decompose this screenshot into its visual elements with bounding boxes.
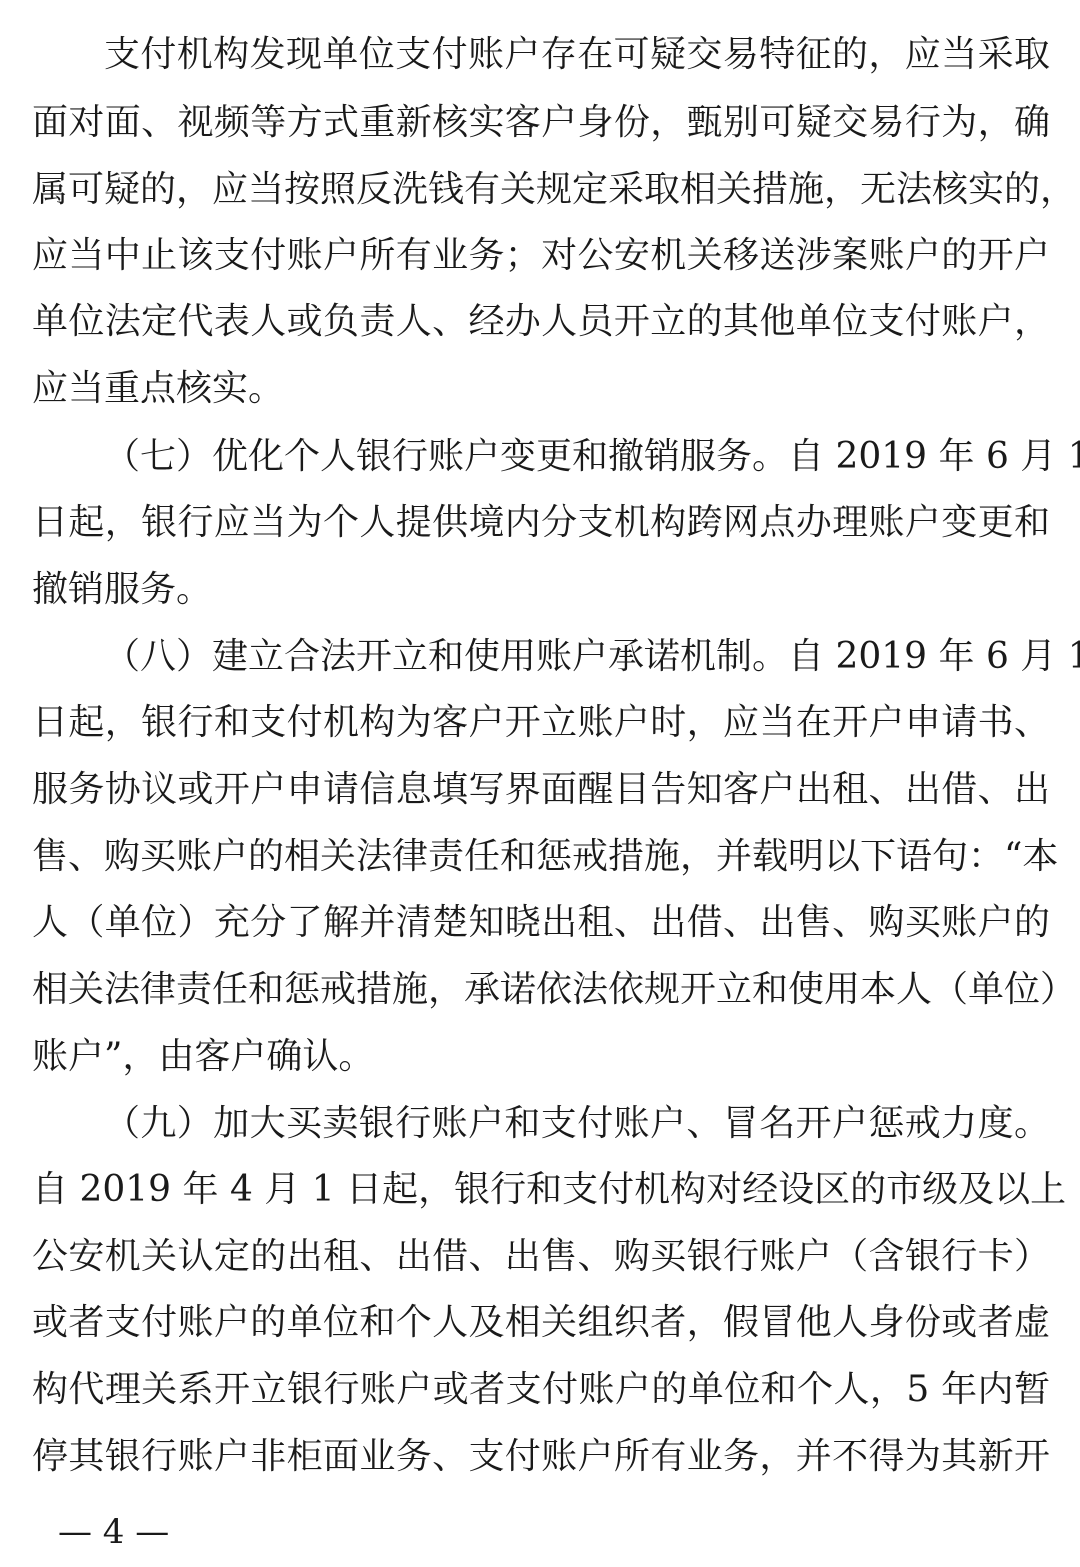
text-line: 应当中止该支付账户所有业务；对公安机关移送涉案账户的开户 bbox=[32, 231, 1050, 281]
text-line: （八）建立合法开立和使用账户承诺机制。自 2019 年 6 月 1 bbox=[104, 632, 1050, 682]
text-line: 或者支付账户的单位和个人及相关组织者，假冒他人身份或者虚 bbox=[32, 1298, 1050, 1348]
text-line: （九）加大买卖银行账户和支付账户、冒名开户惩戒力度。 bbox=[104, 1099, 1050, 1149]
text-line: 应当重点核实。 bbox=[32, 364, 1050, 414]
text-line: 属可疑的，应当按照反洗钱有关规定采取相关措施，无法核实的， bbox=[32, 165, 1050, 215]
text-line: 撤销服务。 bbox=[32, 565, 1050, 615]
text-line: 日起，银行应当为个人提供境内分支机构跨网点办理账户变更和 bbox=[32, 498, 1050, 548]
document-page: 支付机构发现单位支付账户存在可疑交易特征的，应当采取面对面、视频等方式重新核实客… bbox=[0, 0, 1080, 1567]
text-line: 日起，银行和支付机构为客户开立账户时，应当在开户申请书、 bbox=[32, 698, 1050, 748]
text-line: 面对面、视频等方式重新核实客户身份，甄别可疑交易行为，确 bbox=[32, 98, 1050, 148]
text-line: 自 2019 年 4 月 1 日起，银行和支付机构对经设区的市级及以上 bbox=[32, 1165, 1050, 1215]
text-line: 公安机关认定的出租、出借、出售、购买银行账户（含银行卡） bbox=[32, 1232, 1050, 1282]
text-line: 服务协议或开户申请信息填写界面醒目告知客户出租、出借、出 bbox=[32, 765, 1050, 815]
text-line: 人（单位）充分了解并清楚知晓出租、出借、出售、购买账户的 bbox=[32, 898, 1050, 948]
text-line: （七）优化个人银行账户变更和撤销服务。自 2019 年 6 月 1 bbox=[104, 432, 1050, 482]
text-line: 账户”，由客户确认。 bbox=[32, 1032, 1050, 1082]
text-line: 构代理关系开立银行账户或者支付账户的单位和个人，5 年内暂 bbox=[32, 1365, 1050, 1415]
text-line: 支付机构发现单位支付账户存在可疑交易特征的，应当采取 bbox=[104, 30, 1050, 80]
text-line: 售、购买账户的相关法律责任和惩戒措施，并载明以下语句：“本 bbox=[32, 832, 1050, 882]
page-number: — 4 — bbox=[58, 1512, 169, 1552]
text-line: 相关法律责任和惩戒措施，承诺依法依规开立和使用本人（单位） bbox=[32, 965, 1050, 1015]
text-line: 单位法定代表人或负责人、经办人员开立的其他单位支付账户， bbox=[32, 297, 1050, 347]
text-line: 停其银行账户非柜面业务、支付账户所有业务，并不得为其新开 bbox=[32, 1432, 1050, 1482]
